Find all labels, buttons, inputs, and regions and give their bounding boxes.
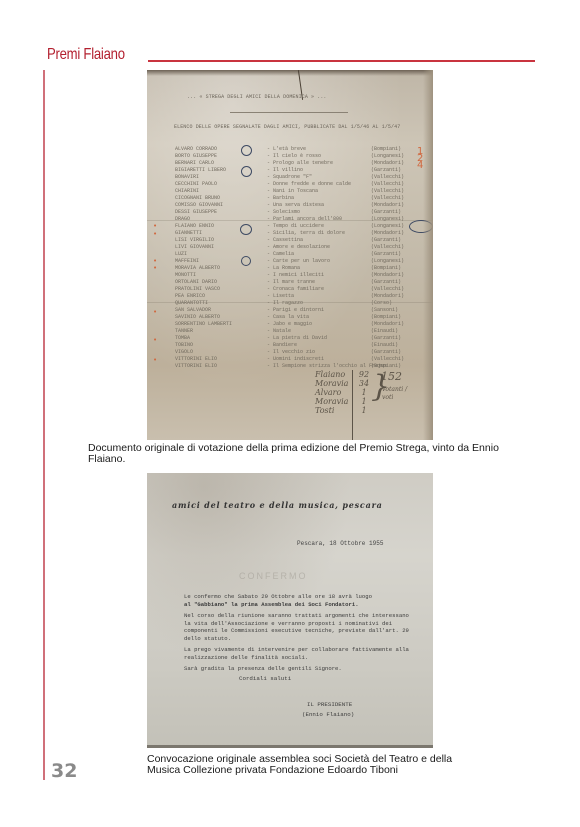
nominee-publisher: (Vallecchi) (371, 286, 404, 292)
nominee-publisher: (Vallecchi) (371, 181, 404, 187)
nominee-title: - La pietra di David (267, 335, 327, 341)
nominee-author: VITTORINI ELIO (175, 363, 217, 369)
nominee-publisher: (Mondadori) (371, 230, 404, 236)
nominee-author: GIANNETTI (175, 230, 202, 236)
nominee-author: MORAVIA ALBERTO (175, 265, 220, 271)
nominee-publisher: (Corso) (371, 300, 392, 306)
nominee-title: - Donne fredde e donne calde (267, 181, 351, 187)
nominee-publisher: (Garzanti) (371, 209, 401, 215)
nominee-publisher: (Longanesi) (371, 223, 404, 229)
nominee-author: SORRENTINO LAMBERTI (175, 321, 232, 327)
document-subheading: ELENCO DELLE OPERE SEGNALATE DAGLI AMICI… (174, 124, 400, 130)
nominee-publisher: (Garzanti) (371, 349, 401, 355)
nominee-title: - Tempo di uccidere (267, 223, 324, 229)
nominee-publisher: (Longanesi) (371, 258, 404, 264)
nominee-publisher: (Sansoni) (371, 307, 398, 313)
nominee-publisher: (Einaudi) (371, 342, 398, 348)
tally-divider (352, 370, 353, 440)
tally-name: Moravia (315, 397, 348, 406)
nominee-author: ORTOLANI DARIO (175, 279, 217, 285)
nominee-author: SAVINIO ALBERTO (175, 314, 220, 320)
nominee-title: - Barbina (267, 195, 294, 201)
letter-paragraph: La prego vivamente di intervenire per co… (184, 646, 409, 661)
nominee-author: CICOGNANI BRUNO (175, 195, 220, 201)
tally-name: Flaiano (315, 370, 348, 379)
nominee-publisher: (Vallecchi) (371, 188, 404, 194)
nominee-publisher: (Vallecchi) (371, 356, 404, 362)
nominee-title: - Parlami ancora dell'800 (267, 216, 342, 222)
nominee-publisher: (Mondadori) (371, 321, 404, 327)
nominee-title: - Squadrone "F" (267, 174, 312, 180)
signature-name: (Ennio Flaiano) (302, 711, 354, 718)
nominee-publisher: (Bompiani) (371, 146, 401, 152)
header-rule (148, 60, 535, 62)
nominee-publisher: (Mondadori) (371, 293, 404, 299)
tally-name: Alvaro (315, 388, 348, 397)
nominee-author: FLAIANO ENNIO (175, 223, 214, 229)
heading-underline (230, 112, 348, 113)
tally-name: Tosti (315, 406, 348, 415)
page-number: 32 (51, 760, 77, 782)
nominee-publisher: (Longanesi) (371, 153, 404, 159)
circled-mark (241, 256, 251, 266)
nominee-title: - I nemici illeciti (267, 272, 324, 278)
letter-paragraph: al "Gabbiano" la prima Assemblea dei Soc… (184, 601, 409, 609)
red-bullet: • (153, 356, 157, 364)
nominee-author: TOMBA (175, 335, 190, 341)
figure-caption: Documento originale di votazione della p… (88, 443, 508, 465)
letterhead: amici del teatro e della musica, pescara (172, 500, 383, 510)
circled-vote-count (409, 220, 433, 233)
nominee-publisher: (Vallecchi) (371, 174, 404, 180)
nominee-title: - Una serva distesa (267, 202, 324, 208)
letter-date: Pescara, 18 Ottobre 1955 (297, 540, 383, 547)
letter-paragraph: Nel corso della riunione saranno trattat… (184, 612, 409, 642)
nominee-title: - Cassettina (267, 237, 303, 243)
handwritten-tally: FlaianoMoraviaAlvaroMoraviaTosti 9234111… (315, 370, 413, 440)
figure-caption: Convocazione originale assemblea soci So… (147, 754, 477, 776)
red-bullet: • (153, 336, 157, 344)
nominee-title: - Il villino (267, 167, 303, 173)
nominee-title: - Amore e desolazione (267, 244, 330, 250)
circled-mark (241, 145, 252, 156)
section-title: Premi Flaiano (47, 46, 125, 64)
nominee-title: - Casa la vita (267, 314, 309, 320)
nominee-author: VIGOLO (175, 349, 193, 355)
nominee-publisher: (Bompiani) (371, 314, 401, 320)
nominee-author: TOBINO (175, 342, 193, 348)
nominee-title: - Il Sempione strizza l'occhio al Frejus (267, 363, 387, 369)
nominee-author: TANNER (175, 328, 193, 334)
nominee-publisher: (Longanesi) (371, 216, 404, 222)
nominee-title: - Camelia (267, 251, 294, 257)
tally-vote: 1 (357, 406, 371, 415)
nominee-publisher: (Bompiani) (371, 265, 401, 271)
nominee-author: VITTORINI ELIO (175, 356, 217, 362)
nominee-publisher: (Garzanti) (371, 251, 401, 257)
tally-note: votanti / voti (382, 386, 413, 402)
stamp-watermark: CONFERMO (239, 571, 308, 581)
signature-title: IL PRESIDENTE (307, 701, 352, 708)
nominee-title: - Lisetta (267, 293, 294, 299)
nominee-title: - Parigi e dintorni (267, 307, 324, 313)
tally-names: FlaianoMoraviaAlvaroMoraviaTosti (315, 370, 348, 415)
nominee-title: - Il mare tranne (267, 279, 315, 285)
nominee-title: - Nani in Toscana (267, 188, 318, 194)
red-annotation: 4 (417, 160, 423, 171)
nominee-author: BORTO GIUSEPPE (175, 153, 217, 159)
nominee-publisher: (Garzanti) (371, 335, 401, 341)
convocation-letter-photo: amici del teatro e della musica, pescara… (147, 473, 433, 748)
letter-closing: Cordiali saluti (239, 675, 291, 682)
tally-votes: 9234111 (357, 370, 371, 415)
nominee-publisher: (Vallecchi) (371, 244, 404, 250)
nominee-author: MAFFEINI (175, 258, 199, 264)
nominee-publisher: (Vallecchi) (371, 195, 404, 201)
letter-paragraph: Le confermo che Sabato 29 Ottobre alle o… (184, 593, 409, 601)
nominee-author: LISI VIRGILIO (175, 237, 214, 243)
nominee-publisher: (Einaudi) (371, 328, 398, 334)
nominee-publisher: (Garzanti) (371, 237, 401, 243)
nominee-title: - Bandiere (267, 342, 297, 348)
nominee-title: - Il ragazzo (267, 300, 303, 306)
nominee-author: DRAGO (175, 216, 190, 222)
tally-name: Moravia (315, 379, 348, 388)
nominee-publisher: (Garzanti) (371, 167, 401, 173)
nominee-title: - Cronaca familiare (267, 286, 324, 292)
nominee-title: - Uomini indiscreti (267, 356, 324, 362)
red-bullet: • (153, 264, 157, 272)
nominee-author: SAN SALVADOR (175, 307, 211, 313)
nominee-title: - Il vecchio zio (267, 349, 315, 355)
tally-vote: 92 (357, 370, 371, 379)
nominee-author: LIVI GIOVANNI (175, 244, 214, 250)
nominee-publisher: (Mondadori) (371, 202, 404, 208)
nominee-title: - Natale (267, 328, 291, 334)
nominee-author: COMISSO GIOVANNI (175, 202, 223, 208)
circled-mark (241, 166, 252, 177)
nominee-author: MONOTTI (175, 272, 196, 278)
nominee-title: - Prologo alle tenebre (267, 160, 333, 166)
voting-document-photo: ... « STREGA DEGLI AMICI DELLA DOMENICA … (147, 70, 433, 440)
nominee-author: QUARANTOTTI (175, 300, 208, 306)
nominee-title: - L'età breve (267, 146, 306, 152)
circled-mark (240, 224, 252, 235)
nominee-author: DESSI GIUSEPPE (175, 209, 217, 215)
tally-vote: 1 (357, 388, 371, 397)
nominee-publisher: (Mondadori) (371, 160, 404, 166)
nominee-author: CECCHINI PAOLO (175, 181, 217, 187)
red-bullet: • (153, 230, 157, 238)
nominee-title: - Il cielo è rosso (267, 153, 321, 159)
document-heading: ... « STREGA DEGLI AMICI DELLA DOMENICA … (187, 94, 327, 100)
nominee-title: - La Romana (267, 265, 300, 271)
side-rule (43, 70, 45, 780)
tally-total: 152 (381, 370, 402, 383)
red-bullet: • (153, 308, 157, 316)
nominee-author: ALVARO CORRADO (175, 146, 217, 152)
nominee-title: - Carte per un lavoro (267, 258, 330, 264)
nominee-title: - Jabo e maggio (267, 321, 312, 327)
nominee-author: PRATOLINI VASCO (175, 286, 220, 292)
nominee-author: CHIARINI (175, 188, 199, 194)
tally-vote: 1 (357, 397, 371, 406)
nominee-author: LUZI (175, 251, 187, 257)
tally-vote: 34 (357, 379, 371, 388)
nominee-publisher: (Garzanti) (371, 279, 401, 285)
nominee-title: - Solecismo (267, 209, 300, 215)
nominee-publisher: (Mondadori) (371, 272, 404, 278)
letter-paragraph: Sarà gradita la presenza delle gentili S… (184, 665, 409, 673)
nominee-author: PEA ENRICO (175, 293, 205, 299)
nominee-title: - Sicilia, terra di dolore (267, 230, 345, 236)
nominee-author: BERNARI CARLO (175, 160, 214, 166)
nominee-author: BIGIARETTI LIBERO (175, 167, 226, 173)
nominee-author: BONAVIRI (175, 174, 199, 180)
letter-body: Le confermo che Sabato 29 Ottobre alle o… (184, 593, 409, 677)
red-bullet: • (153, 222, 157, 230)
